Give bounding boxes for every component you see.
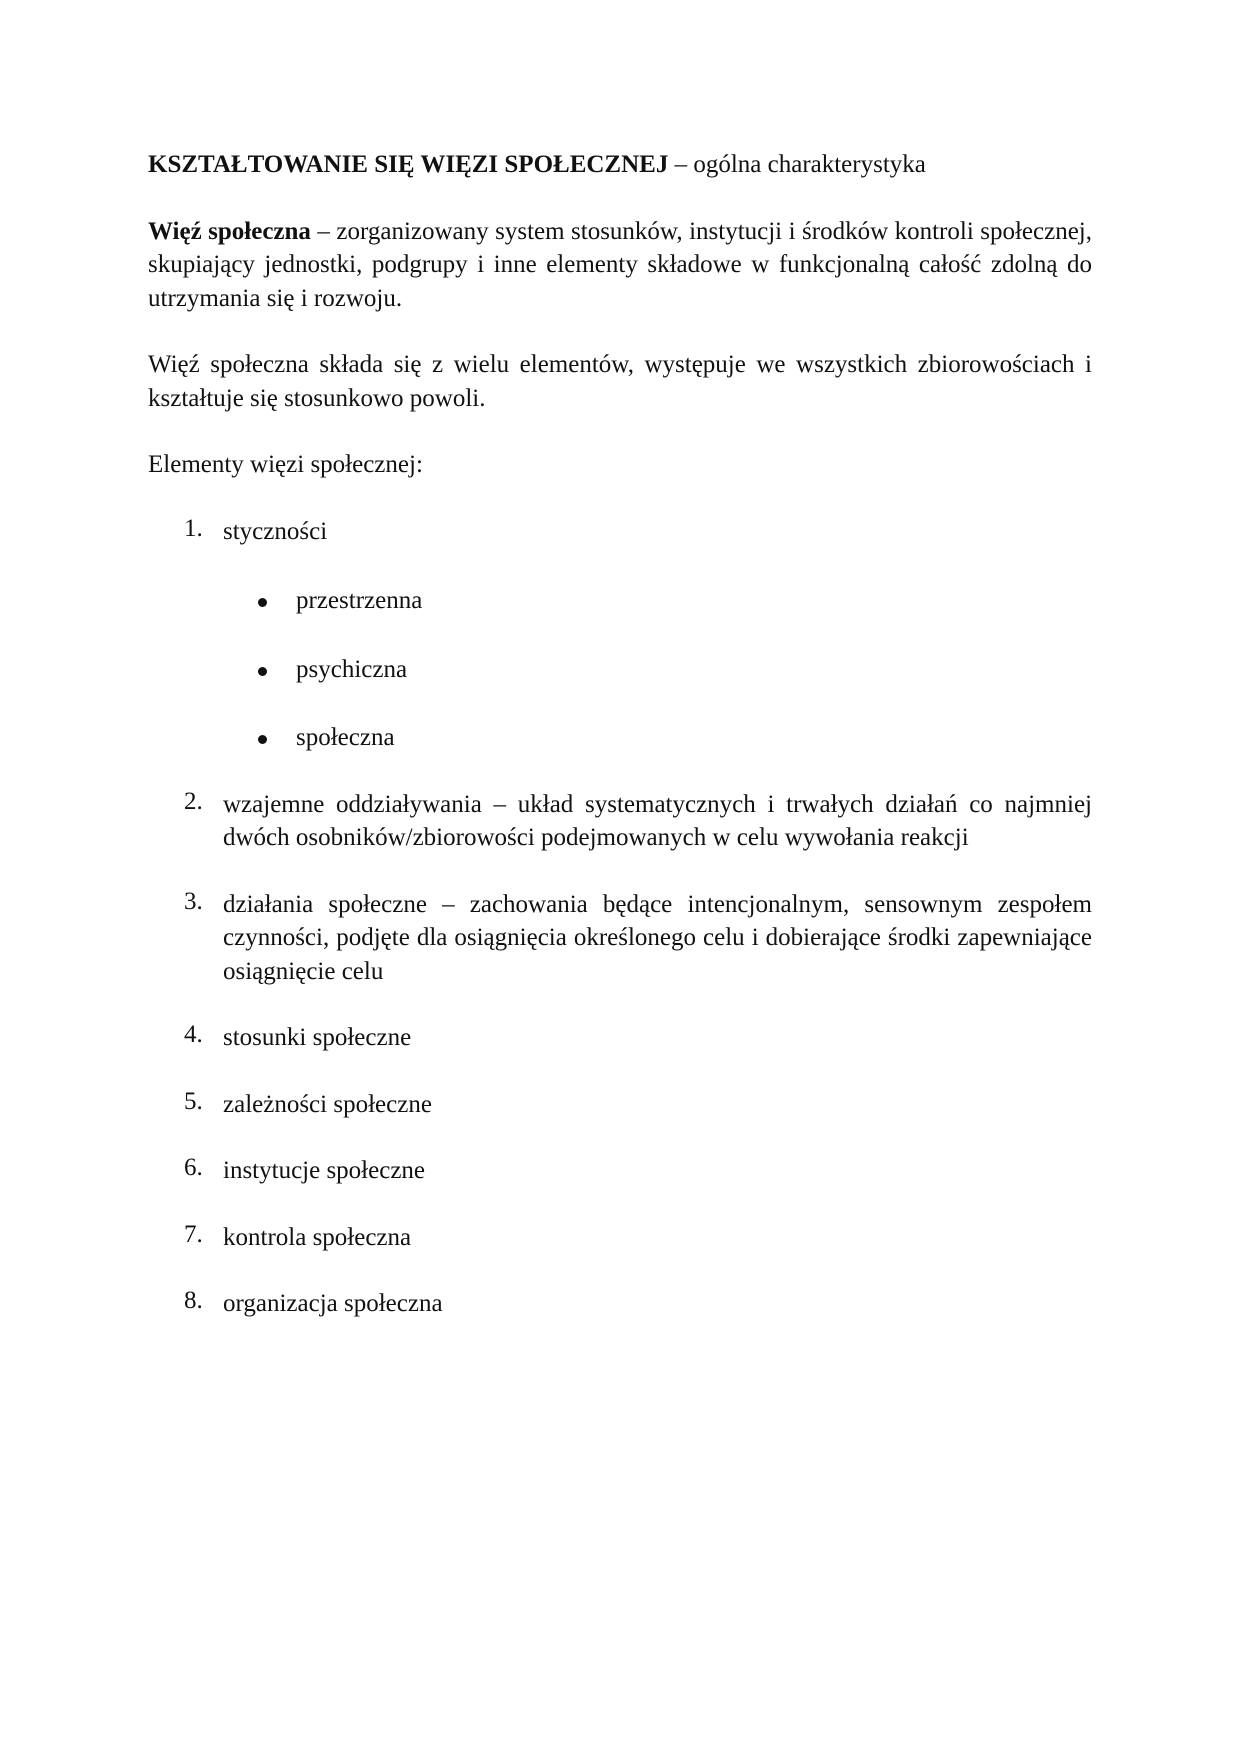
description-paragraph: Więź społeczna składa się z wielu elemen…	[148, 348, 1092, 415]
list-item: 3. działania społeczne – zachowania będą…	[148, 888, 1092, 989]
list-item-text: organizacja społeczna	[223, 1287, 1092, 1321]
bullet-icon	[258, 667, 267, 676]
list-item-text: kontrola społeczna	[223, 1221, 1092, 1255]
title-rest: – ogólna charakterystyka	[668, 151, 926, 178]
bullet-icon	[258, 735, 267, 744]
sub-list-item: społeczna	[148, 721, 1092, 755]
sub-item-text: społeczna	[296, 721, 1092, 755]
list-item: 8. organizacja społeczna	[148, 1287, 1092, 1321]
sub-list-item: przestrzenna	[148, 584, 1092, 618]
list-item: 6. instytucje społeczne	[148, 1154, 1092, 1188]
list-number: 4.	[184, 1021, 203, 1049]
list-number: 5.	[184, 1088, 203, 1116]
list-item: 5. zależności społeczne	[148, 1088, 1092, 1122]
list-item-text: stosunki społeczne	[223, 1021, 1092, 1055]
list-number: 8.	[184, 1287, 203, 1315]
list-item: 4. stosunki społeczne	[148, 1021, 1092, 1055]
list-number: 7.	[184, 1221, 203, 1249]
list-item-text: instytucje społeczne	[223, 1154, 1092, 1188]
bullet-icon	[258, 598, 267, 607]
sub-item-text: przestrzenna	[296, 584, 1092, 618]
list-heading: Elementy więzi społecznej:	[148, 448, 1092, 482]
list-item-text: zależności społeczne	[223, 1088, 1092, 1122]
sub-item-text: psychiczna	[296, 653, 1092, 687]
document-title: KSZTAŁTOWANIE SIĘ WIĘZI SPOŁECZNEJ – ogó…	[148, 148, 1092, 182]
list-number: 1.	[184, 515, 203, 543]
list-item: 2. wzajemne oddziaływania – układ system…	[148, 788, 1092, 855]
list-item-text: styczności	[223, 515, 1092, 549]
list-item-text: wzajemne oddziaływania – układ systematy…	[223, 788, 1092, 855]
list-item: 1. styczności	[148, 515, 1092, 549]
list-number: 6.	[184, 1154, 203, 1182]
list-item: 7. kontrola społeczna	[148, 1221, 1092, 1255]
elements-list: 1. styczności przestrzenna psychiczna sp…	[148, 515, 1092, 1321]
list-number: 3.	[184, 888, 203, 916]
title-bold: KSZTAŁTOWANIE SIĘ WIĘZI SPOŁECZNEJ	[148, 151, 668, 178]
document-page: KSZTAŁTOWANIE SIĘ WIĘZI SPOŁECZNEJ – ogó…	[148, 148, 1092, 1354]
list-item-text: działania społeczne – zachowania będące …	[223, 888, 1092, 989]
definition-paragraph: Więź społeczna – zorganizowany system st…	[148, 215, 1092, 316]
list-number: 2.	[184, 788, 203, 816]
definition-term: Więź społeczna	[148, 218, 311, 245]
sub-list-item: psychiczna	[148, 653, 1092, 687]
